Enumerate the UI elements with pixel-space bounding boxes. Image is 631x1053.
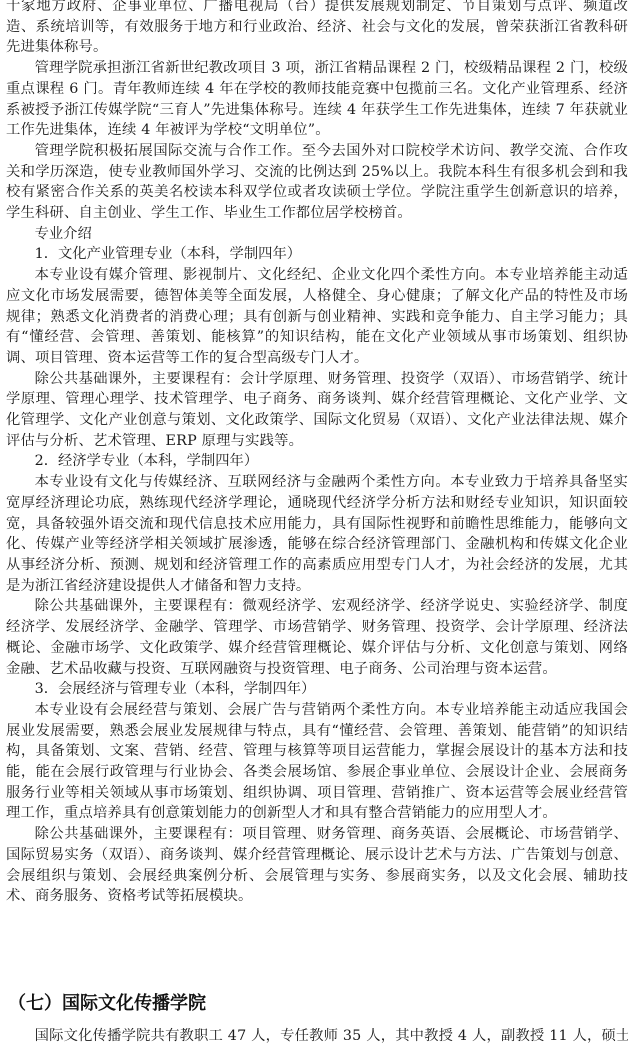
next-section-first-line: 国际文化传播学院共有教职工 47 人，专任教师 35 人，其中教授 4 人，副教…: [6, 1026, 628, 1047]
section-heading: （七）国际文化传播学院: [8, 992, 206, 1016]
major-1-title: 1．文化产业管理专业（本科，学制四年）: [6, 244, 628, 265]
paragraph-teaching-achievements: 管理学院承担浙江省新世纪教改项目 3 项，浙江省精品课程 2 门，校级精品课程 …: [6, 58, 628, 141]
paragraph-international-exchange: 管理学院积极拓展国际交流与合作工作。至今去国外对口院校学术访问、教学交流、合作攻…: [6, 141, 628, 224]
major-3-courses: 除公共基础课外，主要课程有：项目管理、财务管理、商务英语、会展概论、市场营销学、…: [6, 824, 628, 907]
major-1-courses: 除公共基础课外，主要课程有：会计学原理、财务管理、投资学（双语）、市场营销学、统…: [6, 369, 628, 452]
document-page: 十家地方政府、企事业单位、广播电视局（台）提供发展规划制定、节目策划与点评、频道…: [6, 0, 628, 907]
major-1-description: 本专业设有媒介管理、影视制片、文化经纪、企业文化四个柔性方向。本专业培养能主动适…: [6, 265, 628, 369]
paragraph-continued: 十家地方政府、企事业单位、广播电视局（台）提供发展规划制定、节目策划与点评、频道…: [6, 0, 628, 58]
major-2-title: 2．经济学专业（本科，学制四年）: [6, 451, 628, 472]
major-2-courses: 除公共基础课外，主要课程有：微观经济学、宏观经济学、经济学说史、实验经济学、制度…: [6, 596, 628, 679]
major-3-title: 3．会展经济与管理专业（本科，学制四年）: [6, 679, 628, 700]
major-2-description: 本专业设有文化与传媒经济、互联网经济与金融两个柔性方向。本专业致力于培养具备坚实…: [6, 472, 628, 596]
major-3-description: 本专业设有会展经营与策划、会展广告与营销两个柔性方向。本专业培养能主动适应我国会…: [6, 700, 628, 824]
majors-intro-label: 专业介绍: [6, 224, 628, 245]
